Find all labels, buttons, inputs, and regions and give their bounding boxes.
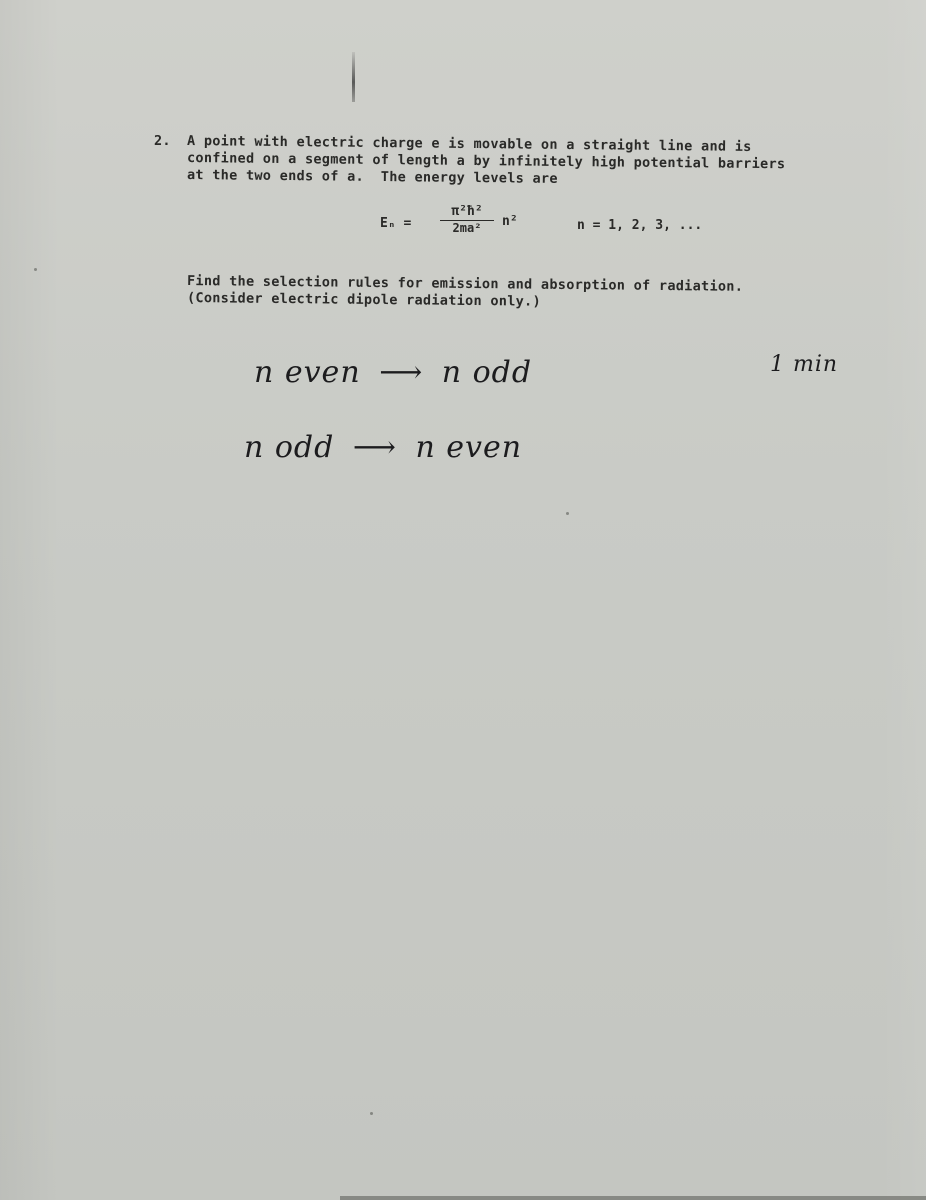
equation-lhs: Eₙ = xyxy=(380,216,411,231)
paper-edge-shadow xyxy=(340,1196,926,1200)
answer-to: n even xyxy=(415,430,522,465)
handwritten-answer-line: n odd ⟶ n even xyxy=(244,430,522,465)
handwritten-time-note: 1 min xyxy=(770,352,838,377)
answer-from: n even xyxy=(254,355,361,390)
arrow-right-icon: ⟶ xyxy=(371,355,431,390)
answer-to: n odd xyxy=(442,355,532,390)
equation-range: n = 1, 2, 3, ... xyxy=(577,218,702,233)
paper-speck xyxy=(370,1112,373,1115)
question-number: 2. xyxy=(154,133,171,150)
arrow-right-icon: ⟶ xyxy=(345,430,405,465)
paper-speck xyxy=(566,512,569,515)
paper-speck xyxy=(34,268,37,271)
answer-from: n odd xyxy=(244,430,334,465)
fold-mark xyxy=(352,52,355,102)
handwritten-answer-line: n even ⟶ n odd xyxy=(254,355,532,390)
equation-numerator: π²ħ² xyxy=(440,204,494,221)
equation-denominator: 2ma² xyxy=(440,221,494,235)
equation-fraction: π²ħ² 2ma² xyxy=(440,204,494,235)
equation-factor: n² xyxy=(502,214,518,229)
